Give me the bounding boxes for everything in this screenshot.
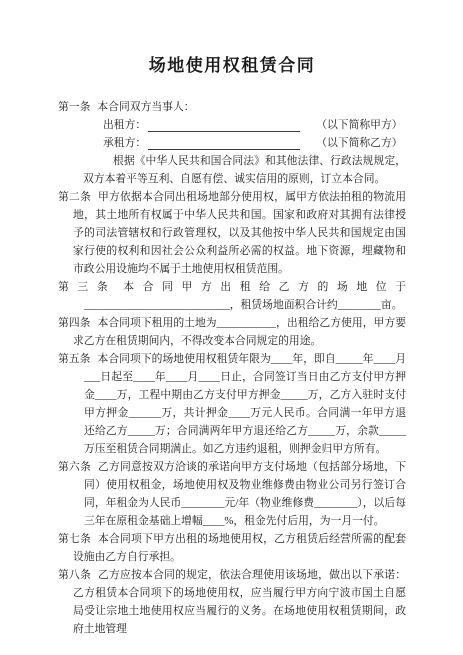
clause-5: 第五条本合同项下的场地使用权租赁年限为____年，即自_____年____月__…	[58, 350, 406, 458]
clause-8: 第八条乙方应按本合同的规定，依法合理使用该场地，做出以下承诺：乙方租赁本合同项下…	[58, 566, 406, 638]
lessor-blank-line	[148, 118, 300, 132]
clause-7-label: 第七条	[58, 533, 91, 545]
lessee-role-label: 承租方：	[103, 134, 146, 152]
party-row-lessor: 出租方： （以下简称甲方）	[103, 116, 406, 134]
clause-7-text: 本合同项下甲方出租的场地使用权，乙方租赁后经营所需的配套设施由乙方自行承担。	[73, 533, 406, 563]
page-title: 场地使用权租赁合同	[58, 55, 406, 77]
clause-1-heading: 第一条本合同双方当事人：	[58, 98, 406, 116]
clause-2-label: 第二条	[58, 191, 91, 203]
clause-4: 第四条本合同项下租用的土地为___________，出租给乙方使用，甲方要求乙方…	[58, 314, 406, 350]
clause-6: 第六条乙方同意按双方洽谈的承诺向甲方支付场地（包括部分场地，下同）使用权租金，场…	[58, 458, 406, 530]
lessee-note: （以下简称乙方）	[316, 134, 402, 152]
clause-8-label: 第八条	[58, 569, 91, 581]
clause-1-intro: 本合同双方当事人：	[97, 101, 194, 113]
clause-3-label: 第三条	[58, 281, 116, 293]
lessor-note: （以下简称甲方）	[316, 116, 402, 134]
clause-5-text: 本合同项下的场地使用权租赁年限为____年，即自_____年____月___日起…	[84, 353, 406, 455]
clause-2: 第二条甲方依据本合同出租场地部分使用权，属甲方依法拍租的物流用地，其土地所有权属…	[58, 188, 406, 278]
clause-3: 第三条本合同甲方出租给乙方的场地位于______________________…	[58, 278, 406, 314]
clause-3-text: 本合同甲方出租给乙方的场地位于_________________________…	[84, 281, 406, 311]
clause-7: 第七条本合同项下甲方出租的场地使用权，乙方租赁后经营所需的配套设施由乙方自行承担…	[58, 530, 406, 566]
lessee-blank-line	[148, 136, 300, 150]
clause-2-text: 甲方依据本合同出租场地部分使用权，属甲方依法拍租的物流用地，其土地所有权属于中华…	[73, 191, 406, 275]
party-row-lessee: 承租方： （以下简称乙方）	[103, 134, 406, 152]
clause-4-text: 本合同项下租用的土地为___________，出租给乙方使用，甲方要求乙方在租赁…	[73, 317, 406, 347]
clause-1-label: 第一条	[58, 101, 90, 113]
lessor-role-label: 出租方：	[103, 116, 146, 134]
clause-8-text: 乙方应按本合同的规定，依法合理使用该场地，做出以下承诺：乙方租赁本合同项下的场地…	[73, 569, 406, 635]
clause-5-label: 第五条	[58, 353, 91, 365]
basis-paragraph: 根据《中华人民共和国合同法》和其他法律、行政法规规定，双方本着平等互利、自愿有偿…	[83, 152, 406, 188]
contract-page: 场地使用权租赁合同 第一条本合同双方当事人： 出租方： （以下简称甲方） 承租方…	[0, 0, 463, 655]
clause-6-text: 乙方同意按双方洽谈的承诺向甲方支付场地（包括部分场地，下同）使用权租金，场地使用…	[84, 461, 406, 527]
clause-1: 第一条本合同双方当事人： 出租方： （以下简称甲方） 承租方： （以下简称乙方）…	[58, 98, 406, 188]
clause-4-label: 第四条	[58, 317, 91, 329]
clause-6-label: 第六条	[58, 461, 91, 473]
contract-body: 第一条本合同双方当事人： 出租方： （以下简称甲方） 承租方： （以下简称乙方）…	[58, 98, 406, 638]
